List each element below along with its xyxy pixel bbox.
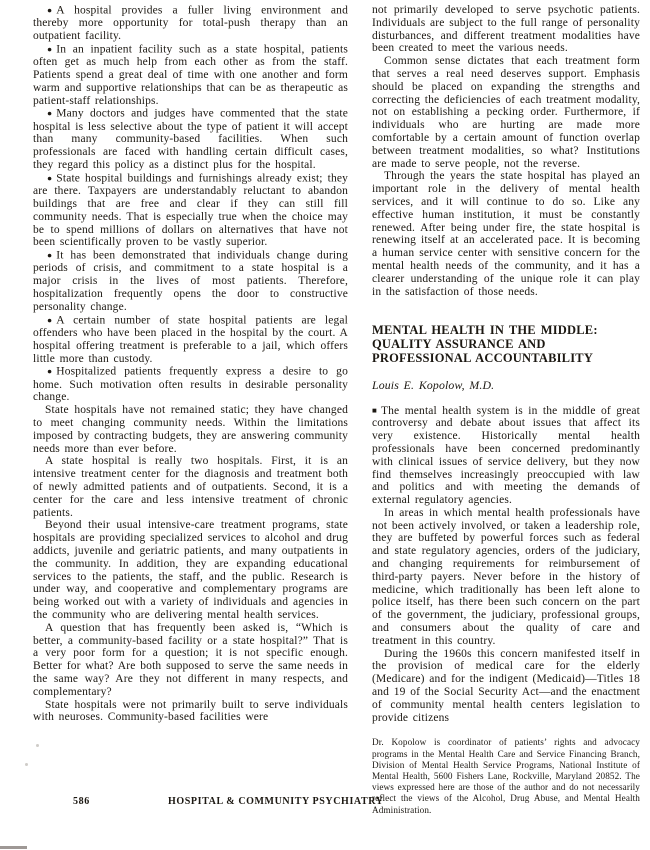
article-title-line: QUALITY ASSURANCE AND	[372, 338, 640, 352]
bullet-text: Hospitalized patients frequently express…	[33, 366, 348, 404]
bullet-icon: ●	[47, 4, 52, 17]
scan-speck	[25, 763, 28, 766]
paragraph: A question that has frequently been aske…	[33, 622, 348, 699]
journal-title: HOSPITAL & COMMUNITY PSYCHIATRY	[168, 796, 384, 807]
bullet-text: A certain number of state hospital patie…	[33, 314, 348, 364]
paragraph: In areas in which mental health professi…	[372, 507, 640, 648]
bullet-item: ●Many doctors and judges have commented …	[33, 107, 348, 171]
bullet-text: A hospital provides a fuller living envi…	[33, 5, 348, 43]
bullet-item: ●State hospital buildings and furnishing…	[33, 172, 348, 249]
paragraph: State hospitals were not primarily built…	[33, 699, 348, 725]
bullet-text: It has been demonstrated that individual…	[33, 250, 348, 313]
bullet-icon: ●	[47, 249, 52, 262]
bullet-text: In an inpatient facility such as a state…	[33, 43, 348, 106]
bullet-icon: ●	[47, 314, 52, 327]
paragraph: A state hospital is really two hospitals…	[33, 455, 348, 519]
paragraph: Beyond their usual intensive-care treatm…	[33, 519, 348, 621]
page-number: 586	[73, 796, 90, 807]
article-title-line: PROFESSIONAL ACCOUNTABILITY	[372, 352, 640, 366]
bullet-item: ●A hospital provides a fuller living env…	[33, 4, 348, 43]
bullet-icon: ●	[47, 365, 52, 378]
page-footer: 586 HOSPITAL & COMMUNITY PSYCHIATRY	[0, 796, 650, 812]
scan-artifact	[0, 846, 27, 849]
bullet-icon: ●	[47, 107, 52, 120]
bullet-icon: ●	[47, 172, 52, 185]
paragraph: Through the years the state hospital has…	[372, 170, 640, 298]
paragraph: State hospitals have not remained static…	[33, 404, 348, 455]
article-title-line: MENTAL HEALTH IN THE MIDDLE:	[372, 324, 640, 338]
lead-text: The mental health system is in the middl…	[372, 405, 640, 507]
bullet-item: ●A certain number of state hospital pati…	[33, 314, 348, 366]
continuation-paragraph: not primarily developed to serve psychot…	[372, 4, 640, 55]
square-bullet-icon: ■	[372, 405, 377, 418]
paragraph: Common sense dictates that each treatmen…	[372, 55, 640, 170]
bullet-text: Many doctors and judges have commented t…	[33, 108, 348, 171]
bullet-item: ●Hospitalized patients frequently expres…	[33, 365, 348, 404]
journal-page: ●A hospital provides a fuller living env…	[0, 0, 650, 850]
lead-paragraph: ■The mental health system is in the midd…	[372, 405, 640, 507]
byline: Louis E. Kopolow, M.D.	[372, 379, 640, 392]
scan-speck	[36, 744, 39, 747]
bullet-text: State hospital buildings and furnishings…	[33, 172, 348, 248]
bullet-item: ●In an inpatient facility such as a stat…	[33, 43, 348, 107]
bullet-icon: ●	[47, 43, 52, 56]
bullet-item: ●It has been demonstrated that individua…	[33, 249, 348, 313]
right-column: not primarily developed to serve psychot…	[372, 4, 640, 816]
left-column: ●A hospital provides a fuller living env…	[33, 4, 348, 724]
paragraph: During the 1960s this concern manifested…	[372, 648, 640, 725]
article-title: MENTAL HEALTH IN THE MIDDLE: QUALITY ASS…	[372, 324, 640, 365]
